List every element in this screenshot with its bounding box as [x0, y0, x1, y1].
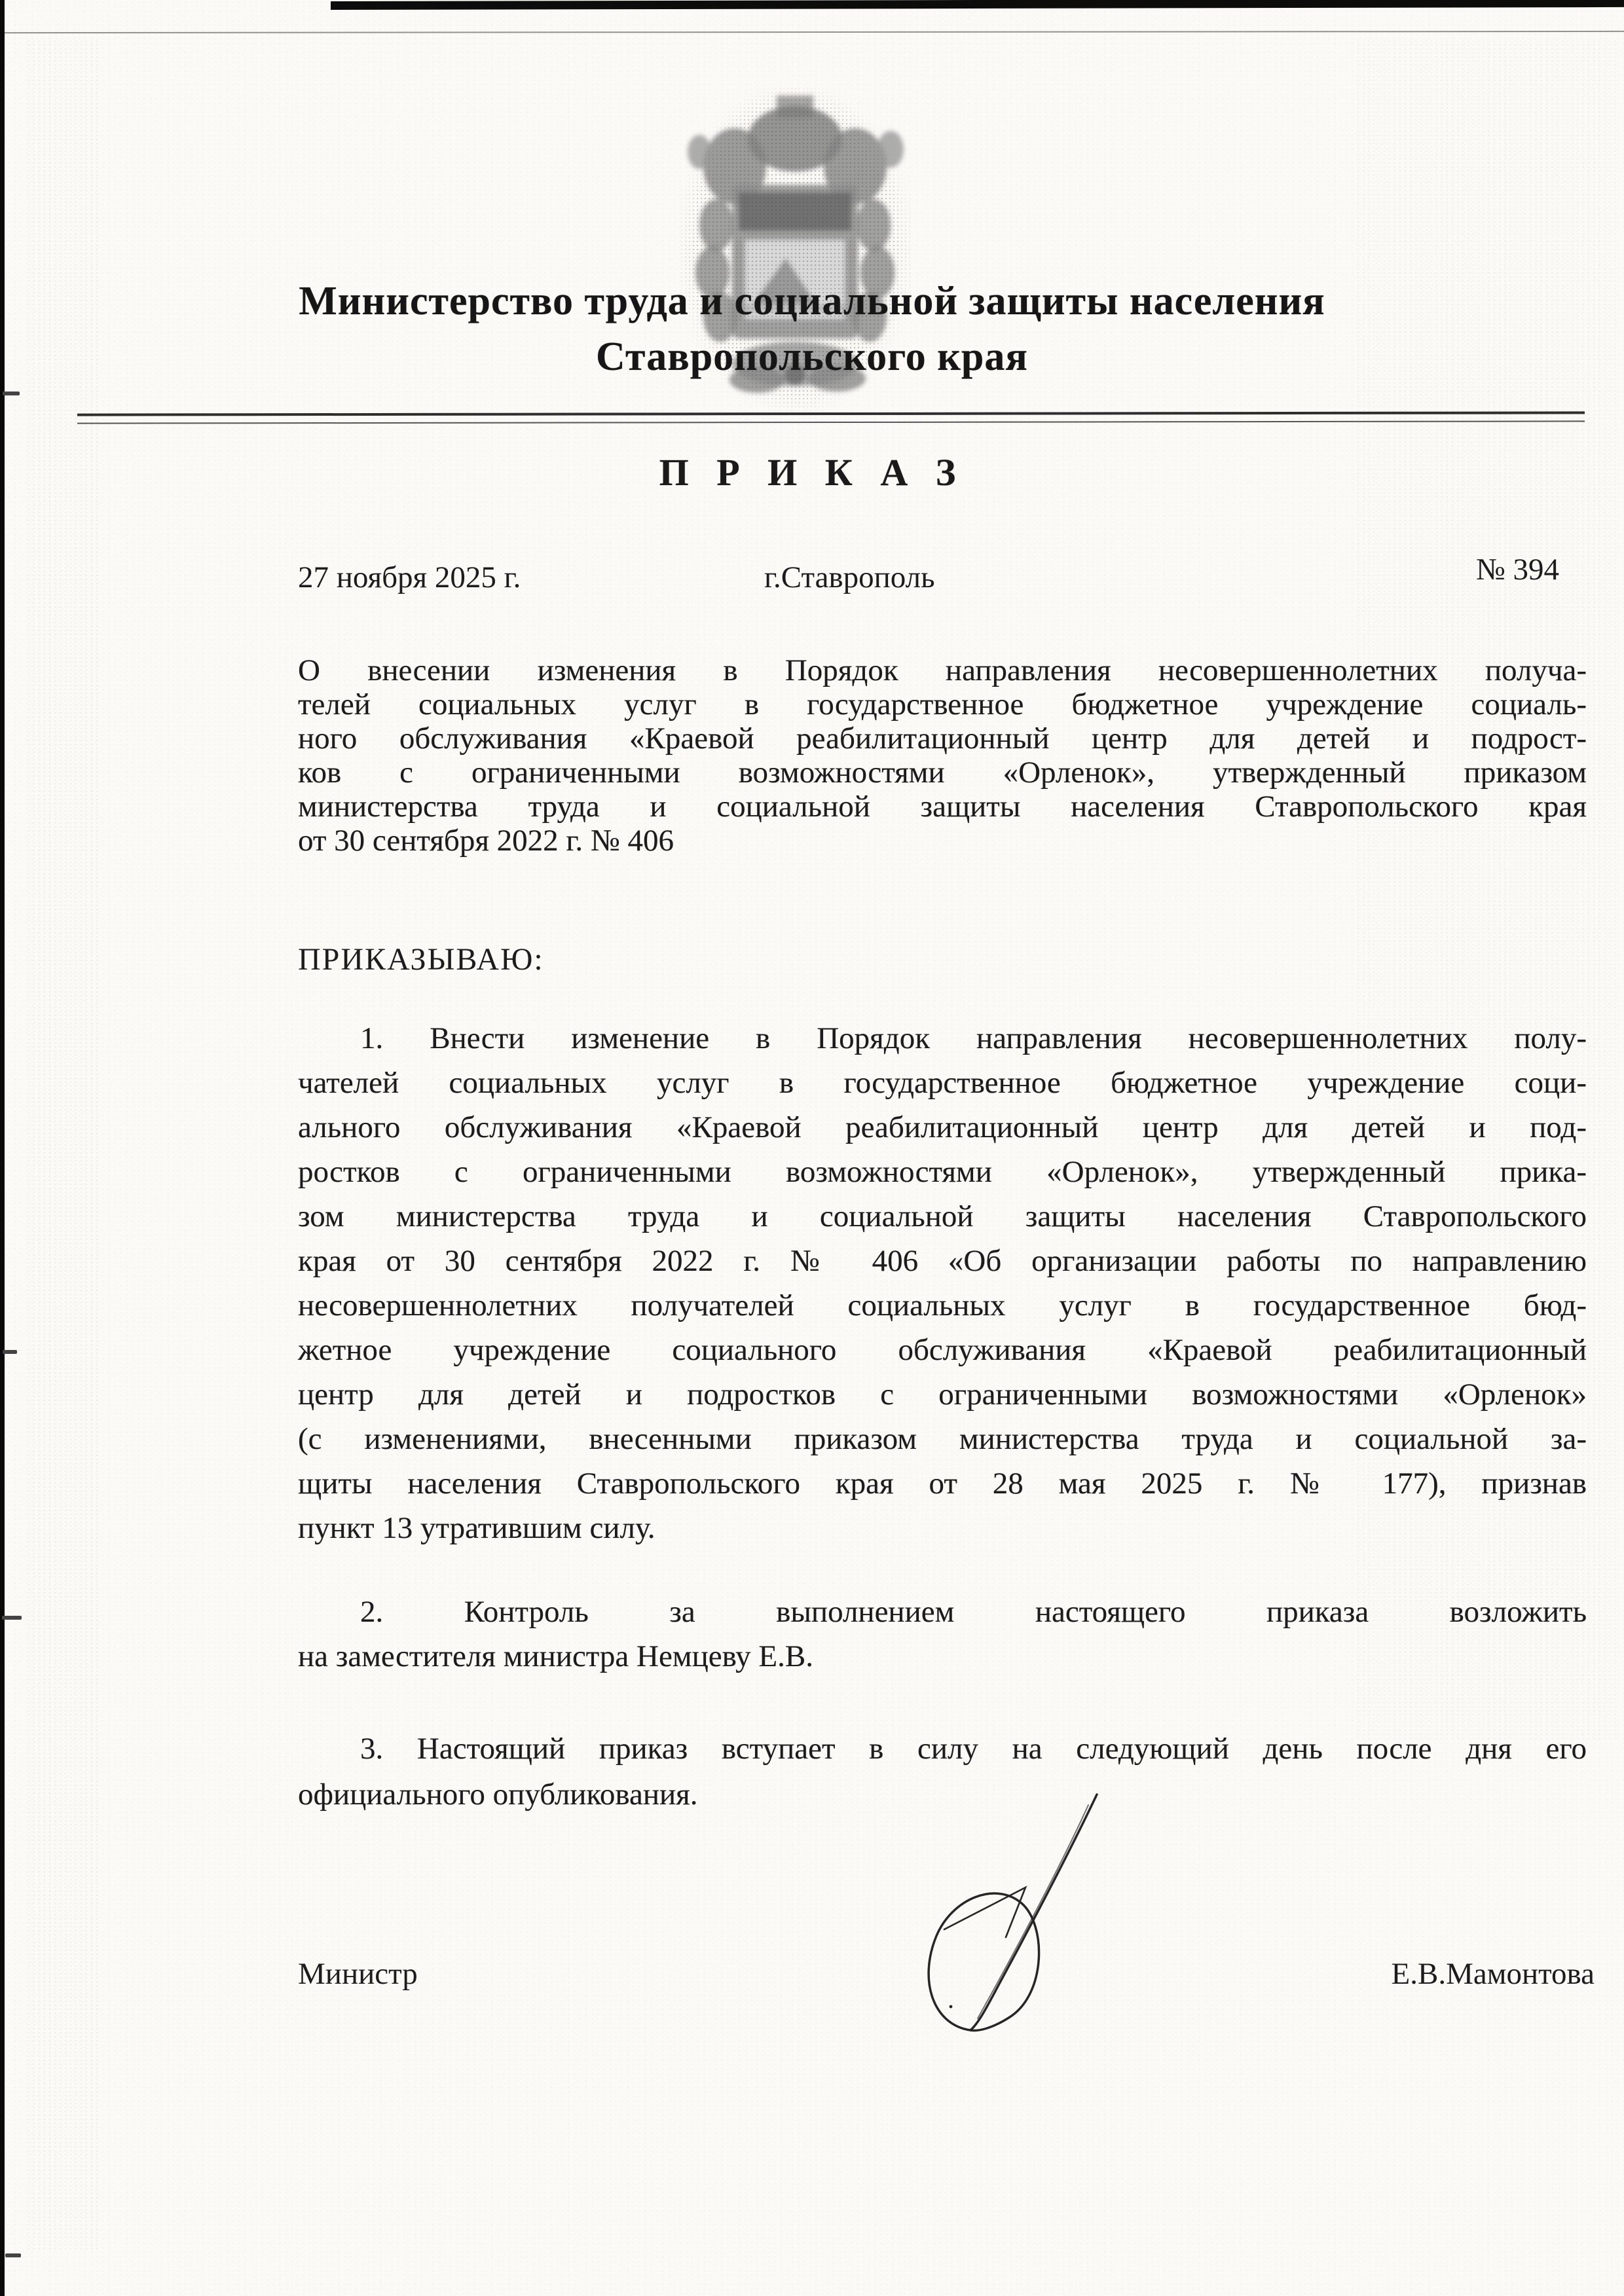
subject-line: телей социальных услуг в государственное…	[298, 687, 1587, 721]
subject-line: О внесении изменения в Порядок направлен…	[298, 653, 1587, 687]
paragraph-line: жетное учреждение социального обслуживан…	[298, 1328, 1587, 1372]
ministry-name-line2: Ставропольского края	[105, 329, 1519, 385]
paragraph-line: ростков с ограниченными возможностями «О…	[298, 1150, 1587, 1194]
subject-line: ков с ограниченными возможностями «Орлен…	[298, 756, 1587, 790]
header-separator-thick	[77, 411, 1585, 416]
subject-line: от 30 сентября 2022 г. № 406	[298, 824, 1587, 858]
signatory-position: Министр	[298, 1956, 418, 1992]
paragraph-line: зом министерства труда и социальной защи…	[298, 1194, 1587, 1239]
paragraph-line: на заместителя министра Немцеву Е.В.	[298, 1634, 1587, 1679]
header-separator-thin	[77, 420, 1585, 424]
paragraph-1: 1. Внести изменение в Порядок направлени…	[298, 1016, 1587, 1550]
paragraph-line: пункт 13 утратившим силу.	[298, 1506, 1587, 1550]
subject-line: министерства труда и социальной защиты н…	[298, 790, 1587, 824]
scan-artifact-left-edge	[0, 0, 5, 2296]
document-number: № 394	[1476, 552, 1559, 587]
paragraph-line: края от 30 сентября 2022 г. № 406 «Об ор…	[298, 1239, 1587, 1283]
handwritten-signature	[871, 1791, 1159, 2046]
paragraph-line: чателей социальных услуг в государственн…	[298, 1061, 1587, 1105]
document-place: г.Ставрополь	[764, 560, 935, 595]
subject-paragraph: О внесении изменения в Порядок направлен…	[298, 653, 1587, 858]
scan-artifact-horizontal-line	[0, 31, 1624, 33]
paragraph-line: 3. Настоящий приказ вступает в силу на с…	[298, 1726, 1587, 1772]
scan-noise-left-band	[26, 39, 98, 2252]
paragraph-line: 2. Контроль за выполнением настоящего пр…	[298, 1590, 1587, 1634]
scan-artifact-mark	[3, 392, 20, 395]
paragraph-line: (с изменениями, внесенными приказом мини…	[298, 1417, 1587, 1461]
paragraph-line: центр для детей и подростков с ограничен…	[298, 1372, 1587, 1417]
signatory-name: Е.В.Мамонтова	[1392, 1956, 1595, 1992]
paragraph-2: 2. Контроль за выполнением настоящего пр…	[298, 1590, 1587, 1679]
paragraph-line: ального обслуживания «Краевой реабилитац…	[298, 1105, 1587, 1150]
scan-artifact-mark	[2, 1616, 22, 1620]
paragraph-line: 1. Внести изменение в Порядок направлени…	[298, 1016, 1587, 1061]
subject-line: ного обслуживания «Краевой реабилитацион…	[298, 721, 1587, 756]
scan-artifact-top-edge	[331, 0, 1624, 10]
document-page: Министерство труда и социальной защиты н…	[0, 0, 1624, 2296]
scan-artifact-mark	[3, 1350, 17, 1354]
paragraph-line: щиты населения Ставропольского края от 2…	[298, 1461, 1587, 1506]
scan-artifact-mark	[5, 2253, 21, 2257]
ministry-name-line1: Министерство труда и социальной защиты н…	[105, 274, 1519, 329]
document-type-title: П Р И К А З	[0, 450, 1624, 494]
order-keyword: ПРИКАЗЫВАЮ:	[298, 941, 544, 977]
document-date: 27 ноября 2025 г.	[298, 560, 521, 595]
ministry-name: Министерство труда и социальной защиты н…	[105, 274, 1519, 385]
paragraph-line: несовершеннолетних получателей социальны…	[298, 1283, 1587, 1328]
